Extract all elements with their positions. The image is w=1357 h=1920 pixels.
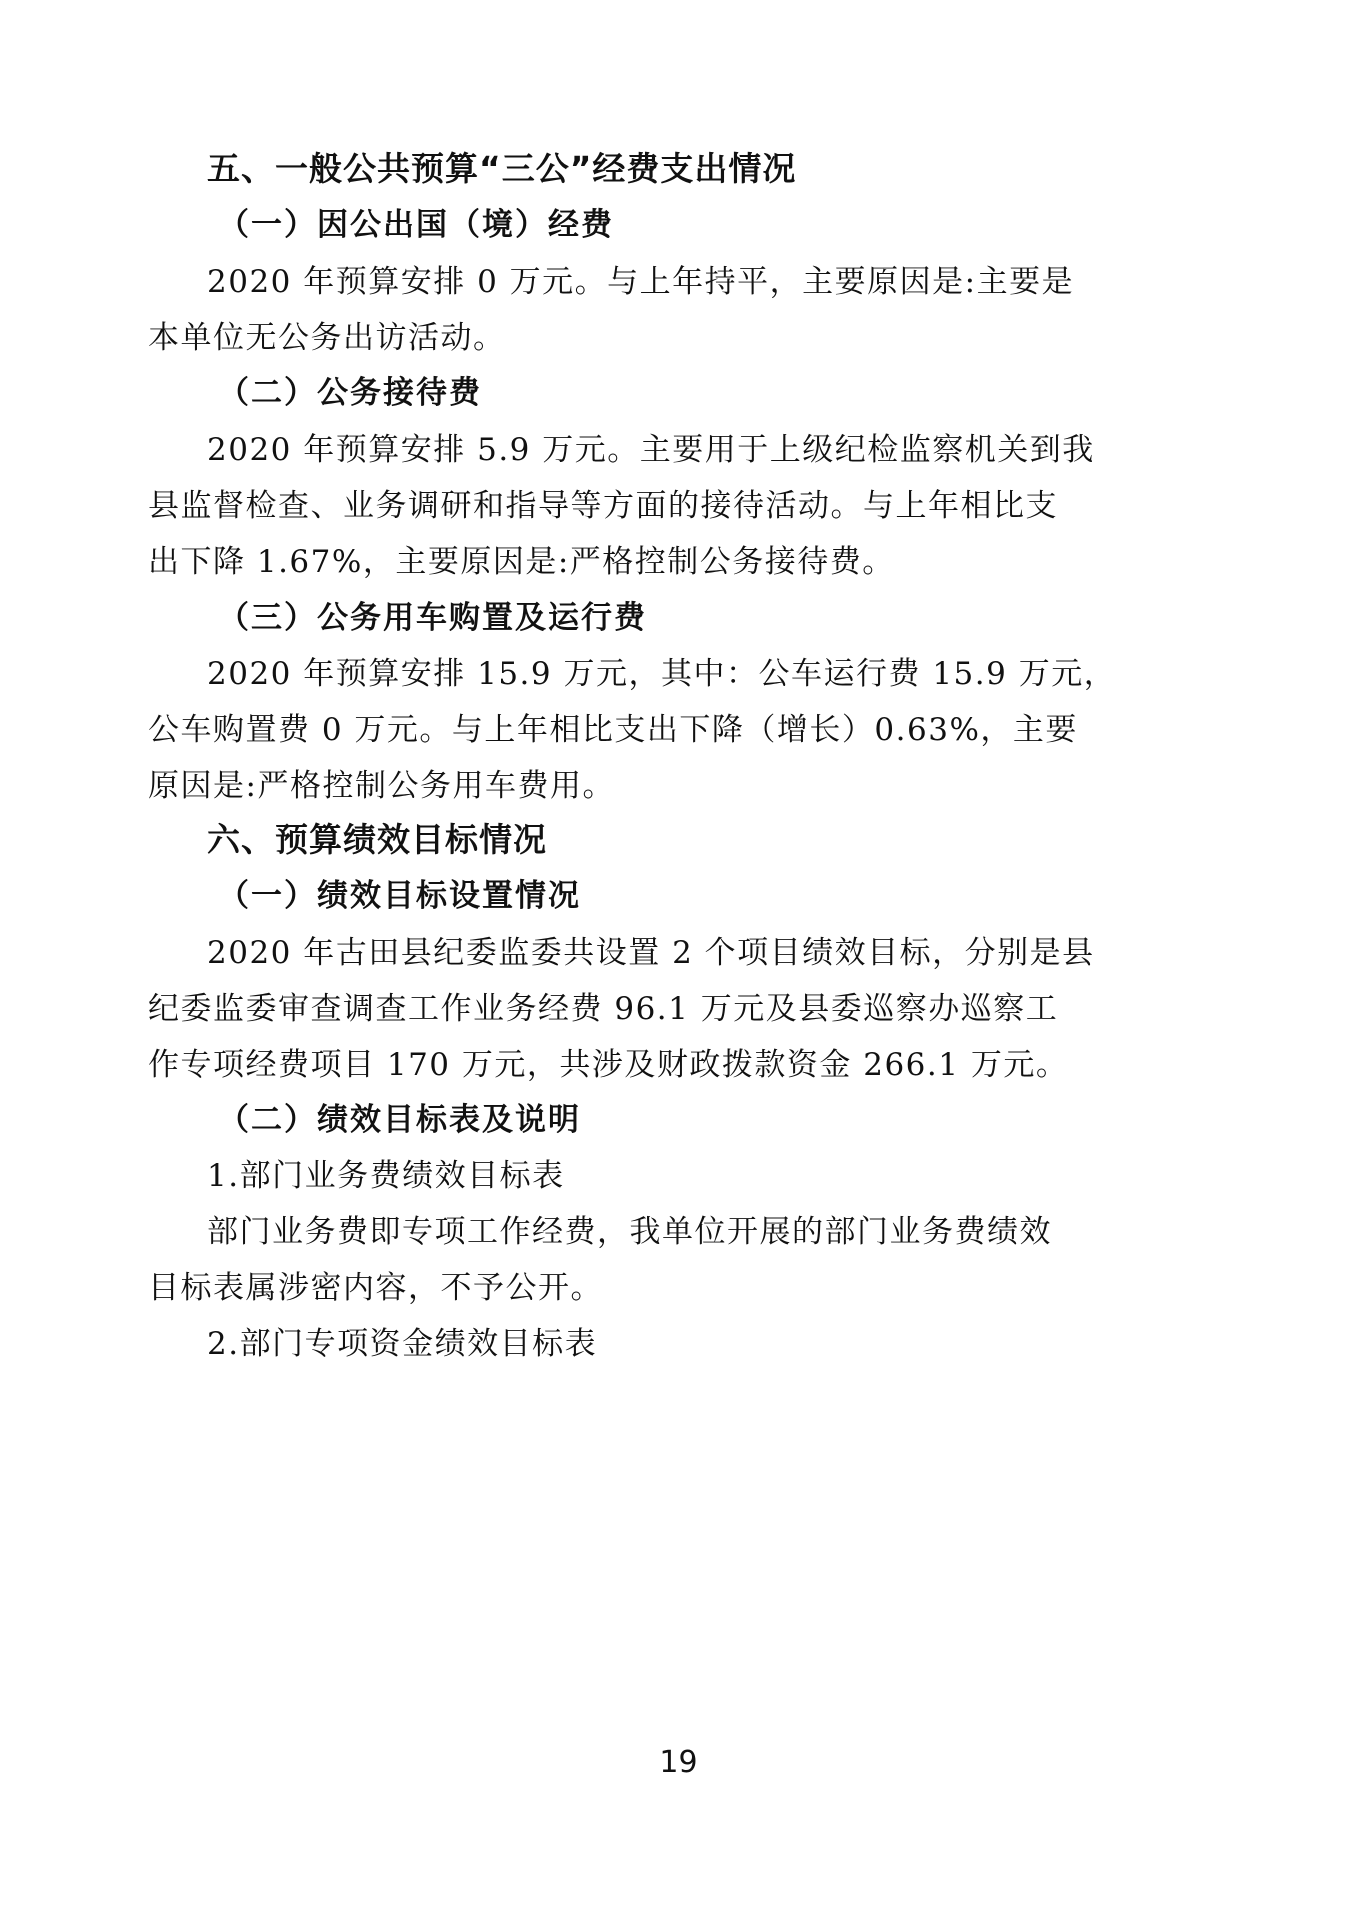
paragraph-line: 作专项经费项目 170 万元，共涉及财政拨款资金 266.1 万元。 — [148, 1045, 1068, 1085]
paragraph-line: 2020 年预算安排 15.9 万元，其中：公车运行费 15.9 万元， — [207, 654, 1116, 694]
document-page: 五、一般公共预算“三公”经费支出情况 （一）因公出国（境）经费 2020 年预算… — [0, 0, 1357, 1920]
paragraph-line: 原因是:严格控制公务用车费用。 — [148, 766, 615, 806]
list-item: 2.部门专项资金绩效目标表 — [207, 1324, 597, 1364]
section-heading-six: 六、预算绩效目标情况 — [207, 820, 547, 860]
paragraph-line: 2020 年预算安排 5.9 万元。主要用于上级纪检监察机关到我 — [207, 430, 1095, 470]
paragraph-line: 县监督检查、业务调研和指导等方面的接待活动。与上年相比支 — [148, 486, 1058, 526]
subsection-heading-overseas-travel: （一）因公出国（境）经费 — [218, 205, 614, 245]
subsection-heading-goal-setting: （一）绩效目标设置情况 — [218, 876, 581, 916]
paragraph-line: 2020 年预算安排 0 万元。与上年持平，主要原因是:主要是 — [207, 262, 1074, 302]
subsection-heading-reception: （二）公务接待费 — [218, 373, 482, 413]
section-heading-five: 五、一般公共预算“三公”经费支出情况 — [207, 149, 796, 189]
paragraph-line: 纪委监委审查调查工作业务经费 96.1 万元及县委巡察办巡察工 — [148, 989, 1058, 1029]
paragraph-line: 2020 年古田县纪委监委共设置 2 个项目绩效目标，分别是县 — [207, 933, 1095, 973]
paragraph-line: 本单位无公务出访活动。 — [148, 318, 506, 358]
paragraph-line: 公车购置费 0 万元。与上年相比支出下降（增长）0.63%，主要 — [148, 710, 1078, 750]
paragraph-line: 出下降 1.67%，主要原因是:严格控制公务接待费。 — [148, 542, 895, 582]
page-number: 19 — [0, 1745, 1357, 1781]
subsection-heading-vehicles: （三）公务用车购置及运行费 — [218, 598, 647, 638]
subsection-heading-goal-table: （二）绩效目标表及说明 — [218, 1100, 581, 1140]
paragraph-line: 目标表属涉密内容，不予公开。 — [148, 1268, 603, 1308]
paragraph-line: 部门业务费即专项工作经费，我单位开展的部门业务费绩效 — [207, 1212, 1052, 1252]
list-item: 1.部门业务费绩效目标表 — [207, 1156, 565, 1196]
